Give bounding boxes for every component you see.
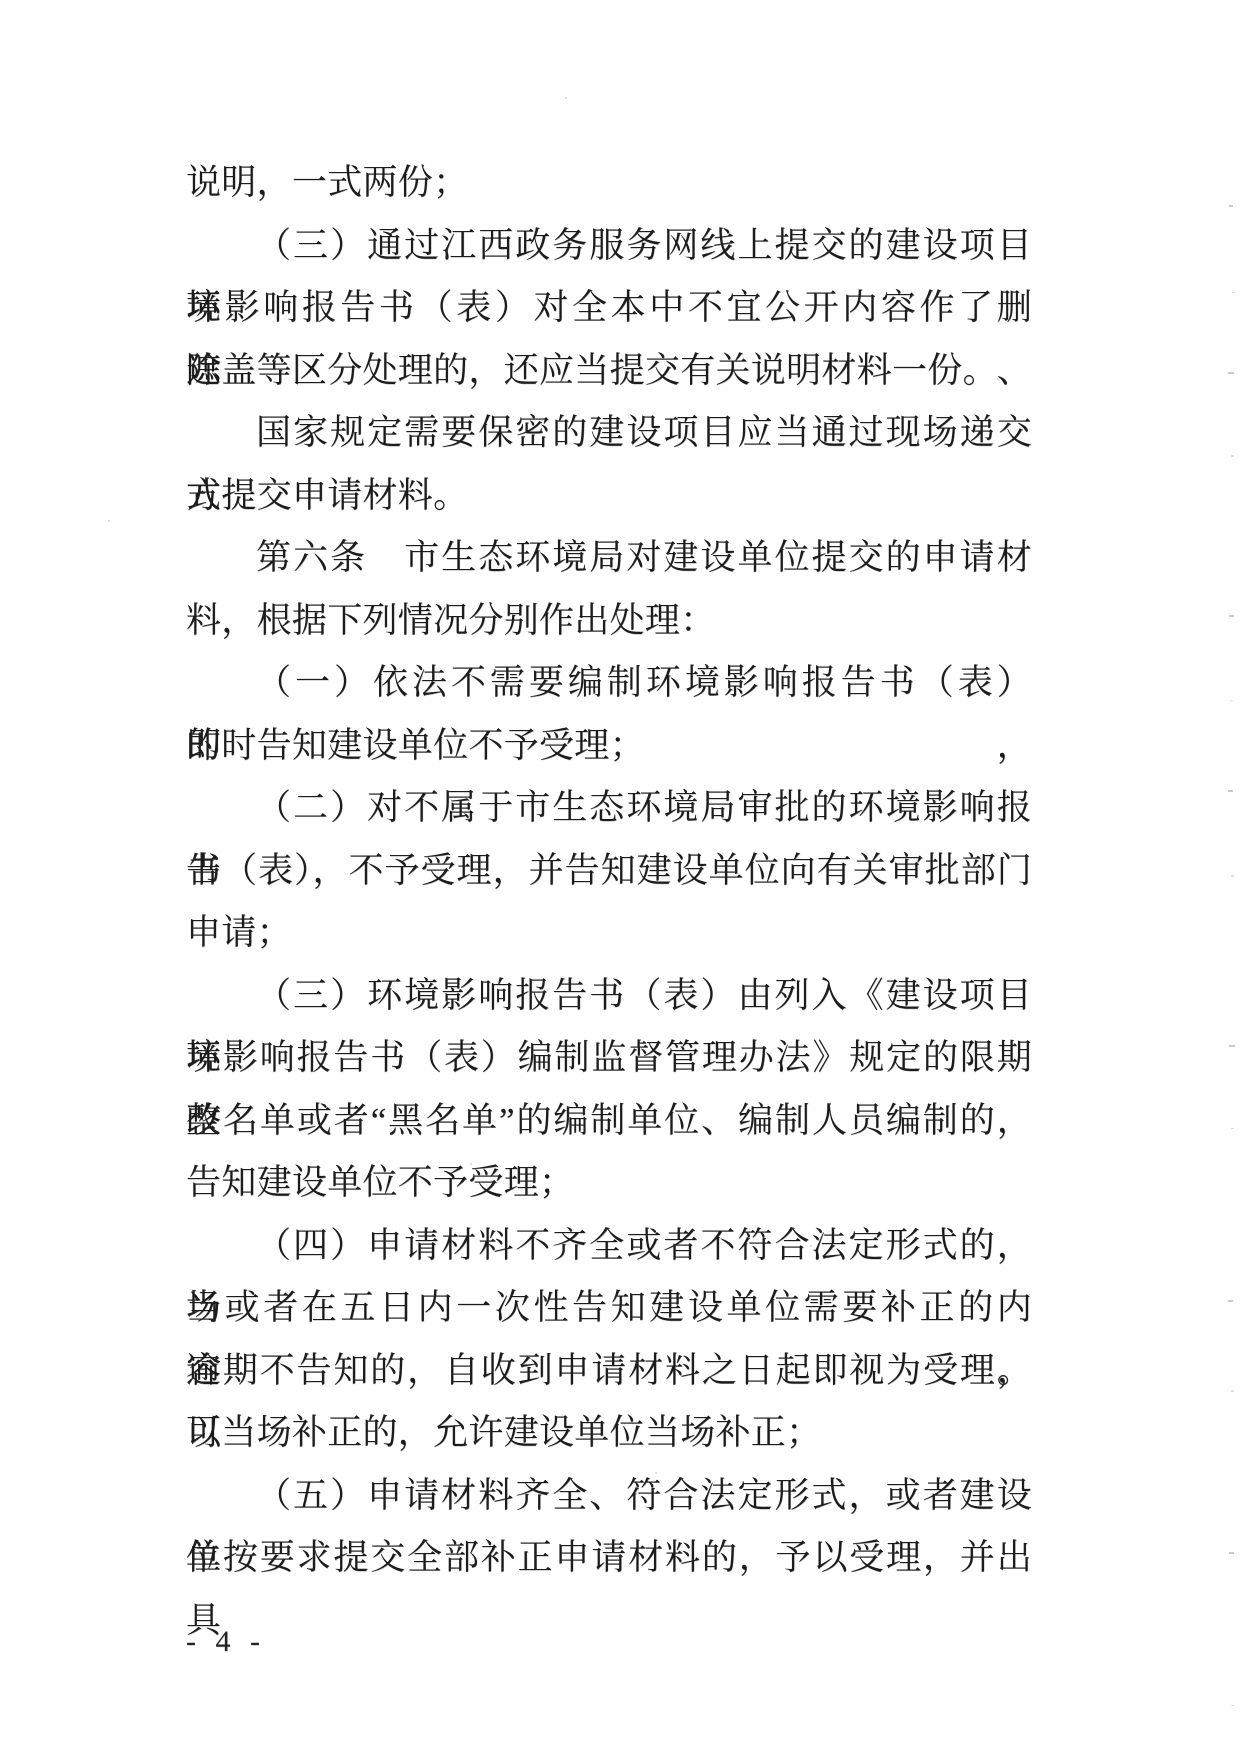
document-line: （五）申请材料齐全、符合法定形式，或者建设单 (186, 1465, 1032, 1528)
scan-speck (1231, 455, 1234, 457)
document-line: （二）对不属于市生态环境局审批的环境影响报告 (186, 777, 1032, 840)
document-page: 说明，一式两份； （三）通过江西政务服务网线上提交的建设项目环 境影响报告书（表… (0, 0, 1240, 1755)
scan-speck (108, 520, 110, 522)
document-line: 遮盖等区分处理的，还应当提交有关说明材料一份。 (186, 340, 1032, 403)
document-line: 逾期不告知的，自收到申请材料之日起即视为受理。可 (186, 1340, 1032, 1403)
scan-speck (1229, 1045, 1235, 1047)
scan-speck (1228, 372, 1234, 374)
scan-speck (655, 1472, 657, 1474)
document-line: 说明，一式两份； (186, 152, 1032, 215)
document-line: 式提交申请材料。 (186, 465, 1032, 528)
scan-speck (1232, 292, 1235, 293)
scan-speck (1228, 790, 1233, 792)
document-line: 境影响报告书（表）编制监督管理办法》规定的限期整 (186, 1027, 1032, 1090)
document-line: （三）环境影响报告书（表）由列入《建设项目环 (186, 965, 1032, 1028)
document-body: 说明，一式两份； （三）通过江西政务服务网线上提交的建设项目环 境影响报告书（表… (186, 152, 1032, 1590)
page-number: - 4 - (186, 1622, 263, 1662)
scan-speck (1230, 700, 1233, 701)
document-line: 书（表），不予受理，并告知建设单位向有关审批部门 (186, 840, 1032, 903)
scan-speck (1231, 1128, 1234, 1129)
document-line: 境影响报告书（表）对全本中不宜公开内容作了删除、 (186, 277, 1032, 340)
scan-speck (1229, 615, 1234, 617)
scan-speck (565, 97, 567, 99)
scan-speck (1231, 1390, 1234, 1392)
scan-speck (1228, 1300, 1233, 1302)
scan-speck (1231, 875, 1234, 877)
document-line: 改名单或者“黑名单”的编制单位、编制人员编制的， (186, 1090, 1032, 1153)
document-line: 场或者在五日内一次性告知建设单位需要补正的内容， (186, 1277, 1032, 1340)
document-line: 告知建设单位不予受理； (186, 1152, 1032, 1215)
document-line: 以当场补正的，允许建设单位当场补正； (186, 1402, 1032, 1465)
document-line: 国家规定需要保密的建设项目应当通过现场递交方 (186, 402, 1032, 465)
document-line: （三）通过江西政务服务网线上提交的建设项目环 (186, 215, 1032, 278)
scan-speck (1229, 1552, 1234, 1554)
document-line: 料，根据下列情况分别作出处理： (186, 590, 1032, 653)
document-line: 第六条 市生态环境局对建设单位提交的申请材 (186, 527, 1032, 590)
document-line: 位按要求提交全部补正申请材料的，予以受理，并出具 (186, 1527, 1032, 1590)
document-line: （四）申请材料不齐全或者不符合法定形式的，当 (186, 1215, 1032, 1278)
document-line: 申请； (186, 902, 1032, 965)
scan-speck (470, 1163, 472, 1165)
scan-speck (1229, 205, 1233, 207)
scan-speck (1231, 1705, 1234, 1706)
scan-speck (810, 1245, 812, 1247)
document-line: （一）依法不需要编制环境影响报告书（表）的， (186, 652, 1032, 715)
